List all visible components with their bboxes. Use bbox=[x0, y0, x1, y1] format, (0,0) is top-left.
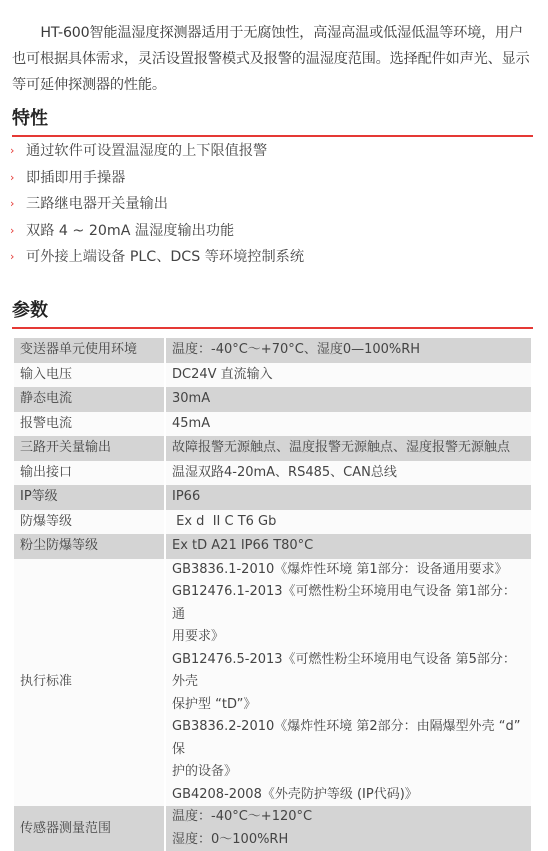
param-value: 30mA bbox=[166, 387, 531, 412]
param-value: IP66 bbox=[166, 485, 531, 510]
intro-paragraph: HT-600智能温湿度探测器适用于无腐蚀性，高湿高温或低湿低温等环境，用户也可根… bbox=[12, 20, 536, 98]
params-heading: 参数 bbox=[12, 298, 533, 329]
list-item: ›三路继电器开关量输出 bbox=[10, 191, 304, 218]
chevron-right-icon: › bbox=[10, 138, 26, 165]
param-label: 静态电流 bbox=[14, 387, 164, 412]
param-label: 输入电压 bbox=[14, 363, 164, 388]
list-item: ›通过软件可设置温湿度的上下限值报警 bbox=[10, 138, 304, 165]
chevron-right-icon: › bbox=[10, 191, 26, 218]
param-value: DC24V 直流输入 bbox=[166, 363, 531, 388]
features-heading: 特性 bbox=[12, 106, 533, 137]
param-label: 执行标准 bbox=[14, 559, 164, 771]
standard-line: GB3836.1-2010《爆炸性环境 第1部分：设备通用要求》 bbox=[172, 559, 525, 582]
param-value: 温度：-40°C～+70°C、湿度0—100%RH bbox=[166, 338, 531, 363]
list-item: ›双路 4 ~ 20mA 温湿度输出功能 bbox=[10, 218, 304, 245]
table-row: 报警电流45mA bbox=[14, 412, 531, 437]
feature-text: 通过软件可设置温湿度的上下限值报警 bbox=[26, 138, 267, 165]
table-row: 输出接口温湿双路4-20mA、RS485、CAN总线 bbox=[14, 461, 531, 486]
standard-line: 保护型 “tD”》 bbox=[172, 694, 525, 717]
table-row: 三路开关量输出故障报警无源触点、温度报警无源触点、湿度报警无源触点 bbox=[14, 436, 531, 461]
table-row: 静态电流30mA bbox=[14, 387, 531, 412]
list-item: ›可外接上端设备 PLC、DCS 等环境控制系统 bbox=[10, 244, 304, 271]
param-label: 变送器单元使用环境 bbox=[14, 338, 164, 363]
feature-text: 三路继电器开关量输出 bbox=[26, 191, 168, 218]
chevron-right-icon: › bbox=[10, 218, 26, 245]
chevron-right-icon: › bbox=[10, 165, 26, 192]
param-label: 输出接口 bbox=[14, 461, 164, 486]
param-value: 温湿双路4-20mA、RS485、CAN总线 bbox=[166, 461, 531, 486]
standard-line: GB12476.5-2013《可燃性粉尘环境用电气设备 第5部分：外壳 bbox=[172, 649, 525, 694]
feature-text: 可外接上端设备 PLC、DCS 等环境控制系统 bbox=[26, 244, 304, 271]
param-label: 报警电流 bbox=[14, 412, 164, 437]
param-label: 粉尘防爆等级 bbox=[14, 534, 164, 559]
param-value: 45mA bbox=[166, 412, 531, 437]
table-row: 变送器单元使用环境温度：-40°C～+70°C、湿度0—100%RH bbox=[14, 338, 531, 363]
param-label: 三路开关量输出 bbox=[14, 436, 164, 461]
standard-line: GB12476.1-2013《可燃性粉尘环境用电气设备 第1部分：通 bbox=[172, 581, 525, 626]
param-value: Ex tD A21 IP66 T80°C bbox=[166, 534, 531, 559]
standard-line: 护的设备》 bbox=[172, 761, 525, 770]
table-row: 执行标准 GB3836.1-2010《爆炸性环境 第1部分：设备通用要求》 GB… bbox=[14, 559, 531, 771]
feature-text: 即插即用手操器 bbox=[26, 165, 125, 192]
table-row: 输入电压DC24V 直流输入 bbox=[14, 363, 531, 388]
features-list: ›通过软件可设置温湿度的上下限值报警 ›即插即用手操器 ›三路继电器开关量输出 … bbox=[10, 138, 304, 271]
param-label: 防爆等级 bbox=[14, 510, 164, 535]
params-table: 变送器单元使用环境温度：-40°C～+70°C、湿度0—100%RH 输入电压D… bbox=[12, 338, 533, 770]
table-row: 粉尘防爆等级Ex tD A21 IP66 T80°C bbox=[14, 534, 531, 559]
param-label: IP等级 bbox=[14, 485, 164, 510]
list-item: ›即插即用手操器 bbox=[10, 165, 304, 192]
param-value: 故障报警无源触点、温度报警无源触点、湿度报警无源触点 bbox=[166, 436, 531, 461]
param-value-standards: GB3836.1-2010《爆炸性环境 第1部分：设备通用要求》 GB12476… bbox=[166, 559, 531, 771]
standard-line: 用要求》 bbox=[172, 626, 525, 649]
table-row: 防爆等级 Ex d II C T6 Gb bbox=[14, 510, 531, 535]
standard-line: GB3836.2-2010《爆炸性环境 第2部分：由隔爆型外壳 “d” 保 bbox=[172, 716, 525, 761]
chevron-right-icon: › bbox=[10, 244, 26, 271]
feature-text: 双路 4 ~ 20mA 温湿度输出功能 bbox=[26, 218, 234, 245]
param-value: Ex d II C T6 Gb bbox=[166, 510, 531, 535]
table-row: IP等级IP66 bbox=[14, 485, 531, 510]
